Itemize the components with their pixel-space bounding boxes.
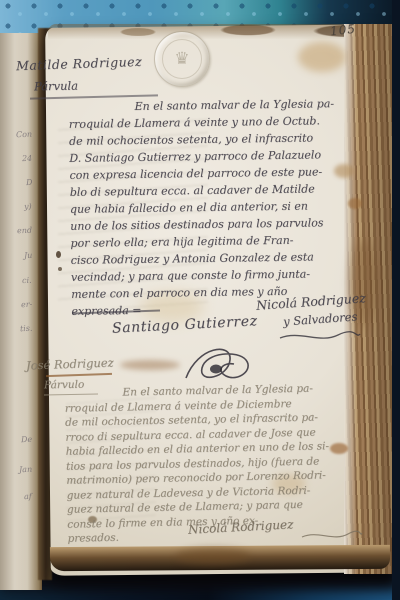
- worn-bottom-edge: [50, 545, 390, 571]
- signature-underline-flourish: [300, 528, 364, 544]
- margin-class-record1: Párvula: [34, 79, 78, 94]
- text-fragment: 24: [22, 154, 32, 163]
- embossed-seal: ♛: [154, 31, 210, 87]
- right-shadow-edge: [392, 0, 400, 600]
- text-fragment: af: [24, 492, 32, 501]
- text-fragment: y): [24, 202, 32, 211]
- text-fragment: D: [25, 178, 32, 187]
- previous-page-text-fragments: Con 24 D y) end Ju ci. er- tis. De Jan a…: [0, 130, 40, 570]
- text-fragment: ci.: [22, 276, 32, 285]
- text-fragment: Jan: [19, 465, 32, 474]
- text-fragment: tis.: [19, 324, 32, 333]
- text-fragment: Con: [16, 130, 32, 140]
- page-number: 105: [329, 22, 356, 39]
- text-fragment: er-: [21, 300, 33, 309]
- text-fragment: Ju: [23, 251, 32, 260]
- seal-crest-icon: ♛: [162, 39, 202, 79]
- text-fragment: De: [21, 435, 32, 444]
- record1-body-text: En el santo malvar de la Yglesia pa- rro…: [68, 95, 337, 320]
- signature-underline-flourish: [278, 328, 362, 346]
- photo-of-parish-register: Con 24 D y) end Ju ci. er- tis. De Jan a…: [0, 0, 400, 600]
- text-fragment: end: [17, 226, 32, 236]
